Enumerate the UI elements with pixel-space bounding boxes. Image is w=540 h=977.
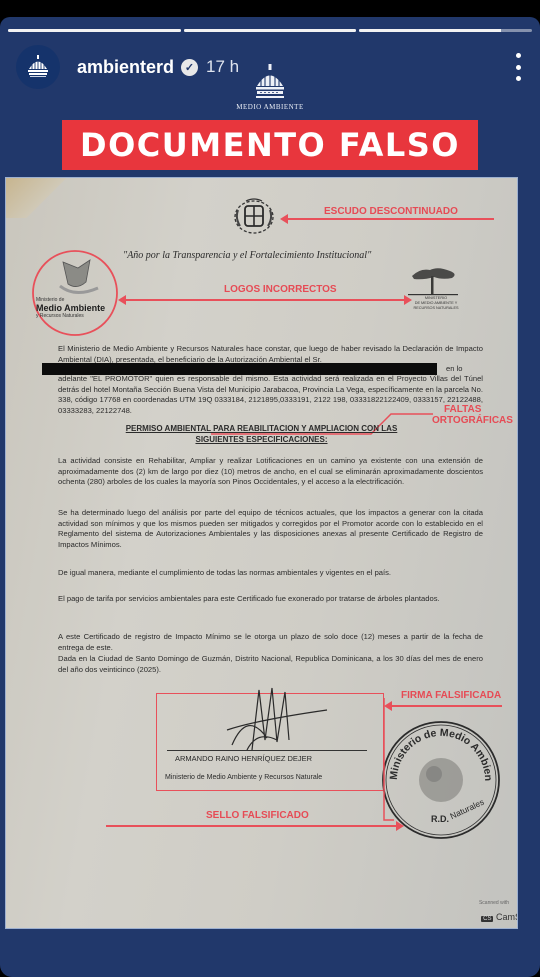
paragraph-2: La actividad consiste en Rehabilitar, Am… (58, 456, 483, 488)
annotation-faltas: FALTAS ORTOGRÁFICAS (432, 404, 513, 426)
arrow-line (286, 218, 494, 220)
annotation-escudo: ESCUDO DESCONTINUADO (324, 206, 458, 217)
document-motto: "Año por la Transparencia y el Fortaleci… (123, 250, 371, 261)
document-photo: ESCUDO DESCONTINUADO "Año por la Transpa… (5, 177, 518, 929)
arrow-line (106, 825, 396, 827)
page-fold (6, 178, 66, 218)
tree-logo-icon (406, 266, 460, 296)
annotation-sello: SELLO FALSIFICADO (206, 810, 309, 821)
medio-ambiente-logo: MEDIO AMBIENTE (0, 62, 540, 111)
right-logo: MINISTERIO DE MEDIO AMBIENTE Y RECURSOS … (406, 296, 466, 311)
fake-document-banner: DOCUMENTO FALSO (62, 120, 478, 170)
paragraph-4: De igual manera, mediante el cumplimient… (58, 568, 483, 579)
permit-heading-2: SIGUIENTES ESPECIFICACIONES: (6, 435, 517, 444)
signer-name: ARMANDO RAINO HENRÍQUEZ DEJER (175, 754, 312, 763)
story-progress-bar (8, 29, 532, 32)
left-logo-line3: y Recursos Naturales (36, 312, 116, 320)
firma-frame-line (382, 698, 394, 823)
signature-line (167, 750, 367, 751)
coat-of-arms-icon (232, 198, 276, 236)
logo-text: MEDIO AMBIENTE (0, 103, 540, 111)
paragraph-1-end: en lo (446, 364, 462, 373)
progress-segment (184, 29, 357, 32)
annotation-faltas-line1: FALTAS (432, 404, 513, 415)
left-logo-line2: Medio Ambiente (36, 304, 116, 312)
progress-segment (8, 29, 181, 32)
left-logo-circle (30, 248, 120, 338)
banner-text: DOCUMENTO FALSO (80, 126, 460, 164)
annotation-logos: LOGOS INCORRECTOS (224, 284, 337, 295)
paragraph-1a: El Ministerio de Medio Ambiente y Recurs… (58, 344, 483, 365)
left-logo: Ministerio de Medio Ambiente y Recursos … (36, 296, 116, 320)
scanner-caption: Scanned with (479, 900, 509, 906)
arrow-line (390, 705, 502, 707)
story-viewer[interactable]: ambienterd ✓ 17 h MEDIO AMBIENTE DOCUMEN… (0, 17, 540, 977)
camscanner-icon: CS (481, 916, 493, 922)
paragraph-6: A este Certificado de registro de Impact… (58, 632, 483, 653)
camscanner-brand: CamS (496, 912, 518, 922)
right-logo-line3: RECURSOS NATURALES (406, 306, 466, 311)
permit-heading-1: PERMISO AMBIENTAL PARA REABILITACION Y A… (6, 424, 517, 433)
arrow-line (124, 299, 404, 301)
camscanner-watermark: CS CamS (481, 912, 518, 922)
signature-scribble (217, 680, 337, 760)
signer-org: Ministerio de Medio Ambiente y Recursos … (165, 774, 322, 781)
paragraph-5: El pago de tarifa por servicios ambienta… (58, 594, 483, 605)
faltas-pointer (211, 408, 436, 438)
paragraph-7: Dada en la Ciudad de Santo Domingo de Gu… (58, 654, 483, 675)
annotation-firma: FIRMA FALSIFICADA (401, 690, 501, 701)
signature-box: ARMANDO RAINO HENRÍQUEZ DEJER Ministerio… (156, 693, 384, 791)
dome-icon (250, 62, 290, 102)
svg-text:Naturales: Naturales (448, 797, 485, 821)
svg-text:R.D.: R.D. (431, 814, 449, 824)
paragraph-3: Se ha determinado luego del análisis por… (58, 508, 483, 550)
progress-segment (359, 29, 532, 32)
arrow-head-right (396, 821, 404, 831)
